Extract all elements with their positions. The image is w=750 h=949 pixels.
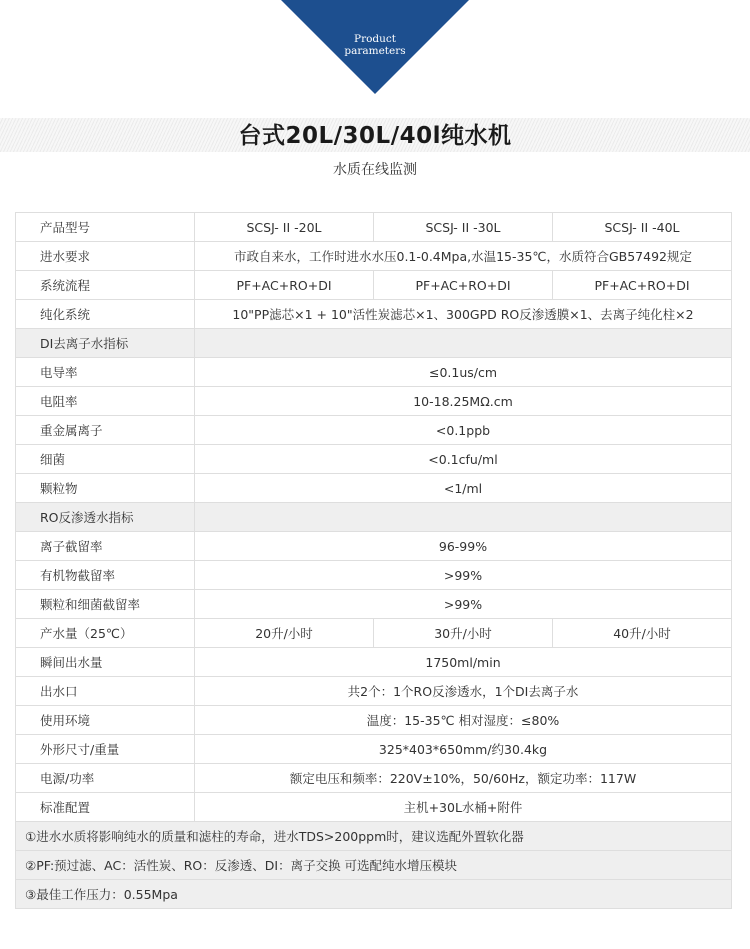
banner-line-1: Product [300,33,450,45]
table-row: 瞬间出水量 1750ml/min [16,648,732,677]
table-row-purification: 纯化系统 10"PP滤芯×1 + 10"活性炭滤芯×1、300GPD RO反渗透… [16,300,732,329]
table-row: 电阻率 10-18.25MΩ.cm [16,387,732,416]
row-label: 产品型号 [16,213,195,242]
note-text: ②PF:预过滤、AC：活性炭、RO：反渗透、DI：离子交换 可选配纯水增压模块 [16,851,732,880]
section-empty [195,329,732,358]
table-row: 电源/功率 额定电压和频率：220V±10%，50/60Hz，额定功率：117W [16,764,732,793]
row-label: 瞬间出水量 [16,648,195,677]
process-40l: PF+AC+RO+DI [553,271,732,300]
row-label: 进水要求 [16,242,195,271]
process-20l: PF+AC+RO+DI [195,271,374,300]
row-label: 电导率 [16,358,195,387]
table-row: 电导率 ≤0.1us/cm [16,358,732,387]
row-label: 产水量（25℃） [16,619,195,648]
page-title: 台式20L/30L/40l纯水机 [0,117,750,150]
note-row: ②PF:预过滤、AC：活性炭、RO：反渗透、DI：离子交换 可选配纯水增压模块 [16,851,732,880]
note-text: ③最佳工作压力：0.55Mpa [16,880,732,909]
table-row: 颗粒和细菌截留率 >99% [16,590,732,619]
row-value: <0.1cfu/ml [195,445,732,474]
row-label: 颗粒物 [16,474,195,503]
row-label: 有机物截留率 [16,561,195,590]
row-value: 市政自来水，工作时进水水压0.1-0.4Mpa,水温15-35℃，水质符合GB5… [195,242,732,271]
row-value: >99% [195,590,732,619]
row-value: <1/ml [195,474,732,503]
table-row: 离子截留率 96-99% [16,532,732,561]
row-label: 出水口 [16,677,195,706]
section-label: DI去离子水指标 [16,329,195,358]
row-value: 主机+30L水桶+附件 [195,793,732,822]
table-row: 标准配置 主机+30L水桶+附件 [16,793,732,822]
row-value: 96-99% [195,532,732,561]
row-label: 重金属离子 [16,416,195,445]
table-row: 出水口 共2个：1个RO反渗透水，1个DI去离子水 [16,677,732,706]
page-subtitle: 水质在线监测 [0,159,750,179]
table-row-process: 系统流程 PF+AC+RO+DI PF+AC+RO+DI PF+AC+RO+DI [16,271,732,300]
table-row: 外形尺寸/重量 325*403*650mm/约30.4kg [16,735,732,764]
note-row: ③最佳工作压力：0.55Mpa [16,880,732,909]
table-row: 有机物截留率 >99% [16,561,732,590]
output-40l: 40升/小时 [553,619,732,648]
table-row-inlet: 进水要求 市政自来水，工作时进水水压0.1-0.4Mpa,水温15-35℃，水质… [16,242,732,271]
row-label: 颗粒和细菌截留率 [16,590,195,619]
table-row-output: 产水量（25℃） 20升/小时 30升/小时 40升/小时 [16,619,732,648]
row-label: 电阻率 [16,387,195,416]
row-value: 温度：15-35℃ 相对湿度：≤80% [195,706,732,735]
table-row: 颗粒物 <1/ml [16,474,732,503]
row-label: 电源/功率 [16,764,195,793]
section-ro: RO反渗透水指标 [16,503,732,532]
row-value: 共2个：1个RO反渗透水，1个DI去离子水 [195,677,732,706]
spec-table: 产品型号 SCSJ- II -20L SCSJ- II -30L SCSJ- I… [15,212,732,909]
section-di: DI去离子水指标 [16,329,732,358]
output-20l: 20升/小时 [195,619,374,648]
row-label: 系统流程 [16,271,195,300]
section-label: RO反渗透水指标 [16,503,195,532]
output-30l: 30升/小时 [374,619,553,648]
table-row: 细菌 <0.1cfu/ml [16,445,732,474]
note-row: ①进水水质将影响纯水的质量和滤柱的寿命，进水TDS>200ppm时，建议选配外置… [16,822,732,851]
model-30l: SCSJ- II -30L [374,213,553,242]
row-label: 纯化系统 [16,300,195,329]
row-value: 10"PP滤芯×1 + 10"活性炭滤芯×1、300GPD RO反渗透膜×1、去… [195,300,732,329]
row-label: 细菌 [16,445,195,474]
row-value: <0.1ppb [195,416,732,445]
process-30l: PF+AC+RO+DI [374,271,553,300]
banner-line-2: parameters [300,45,450,57]
table-row: 重金属离子 <0.1ppb [16,416,732,445]
note-text: ①进水水质将影响纯水的质量和滤柱的寿命，进水TDS>200ppm时，建议选配外置… [16,822,732,851]
model-20l: SCSJ- II -20L [195,213,374,242]
row-label: 离子截留率 [16,532,195,561]
row-label: 标准配置 [16,793,195,822]
row-value: ≤0.1us/cm [195,358,732,387]
row-value: 1750ml/min [195,648,732,677]
section-empty [195,503,732,532]
model-40l: SCSJ- II -40L [553,213,732,242]
row-value: >99% [195,561,732,590]
row-label: 使用环境 [16,706,195,735]
row-value: 10-18.25MΩ.cm [195,387,732,416]
table-row: 使用环境 温度：15-35℃ 相对湿度：≤80% [16,706,732,735]
banner-label: Product parameters [300,33,450,57]
row-label: 外形尺寸/重量 [16,735,195,764]
row-value: 额定电压和频率：220V±10%，50/60Hz，额定功率：117W [195,764,732,793]
row-value: 325*403*650mm/约30.4kg [195,735,732,764]
table-row-model: 产品型号 SCSJ- II -20L SCSJ- II -30L SCSJ- I… [16,213,732,242]
